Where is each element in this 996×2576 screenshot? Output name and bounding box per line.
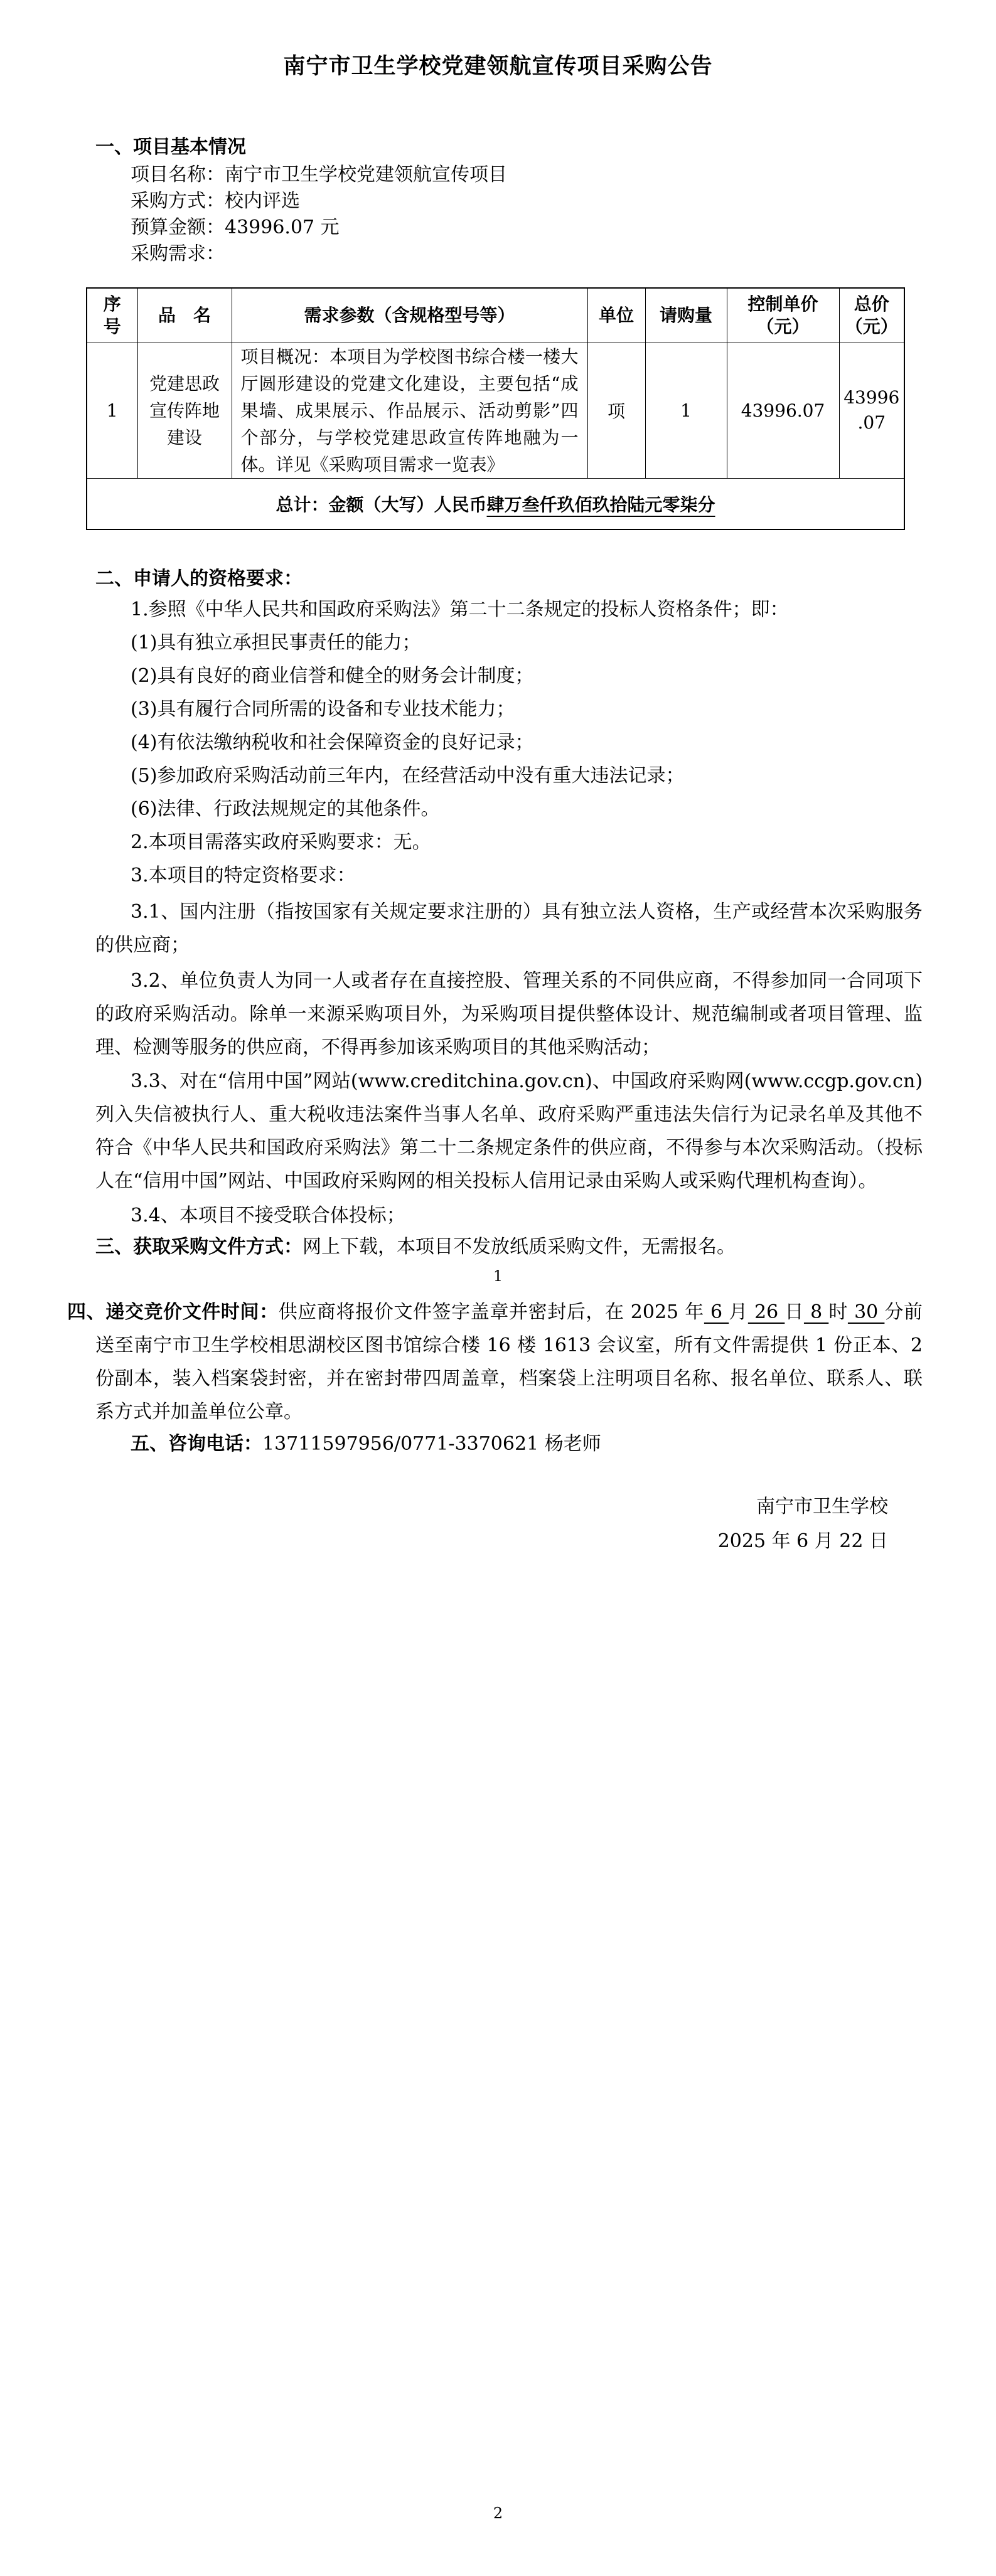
paragraph-3-2: 3.2、单位负责人为同一人或者存在直接控股、管理关系的不同供应商，不得参加同一合… bbox=[95, 964, 923, 1064]
section2-heading: 二、申请人的资格要求： bbox=[95, 567, 303, 592]
section4-before-year: 供应商将报价文件签字盖章并密封后，在 2025 年 bbox=[279, 1301, 704, 1323]
cell-unit: 项 bbox=[587, 343, 645, 478]
label-month: 月 bbox=[729, 1301, 748, 1323]
cell-spec: 项目概况：本项目为学校图书综合楼一楼大厅圆形建设的党建文化建设，主要包括“成果墙… bbox=[232, 343, 587, 478]
section1-heading: 一、项目基本情况 bbox=[95, 135, 246, 160]
total-label: 总计：金额（大写）人民币 bbox=[276, 494, 486, 515]
label-minute: 分 bbox=[884, 1301, 904, 1323]
label-hour: 时 bbox=[828, 1301, 848, 1323]
section3-text: 网上下载，本项目不发放纸质采购文件，无需报名。 bbox=[303, 1236, 736, 1258]
signature-organization: 南宁市卫生学校 bbox=[756, 1494, 888, 1520]
header-unit: 单位 bbox=[587, 288, 645, 343]
deadline-hour-blank: 8 bbox=[804, 1301, 828, 1323]
qualification-item: (3)具有履行合同所需的设备和专业技术能力； bbox=[131, 693, 789, 726]
deadline-month-blank: 6 bbox=[704, 1301, 729, 1323]
cell-seq: 1 bbox=[87, 343, 137, 478]
label-day: 日 bbox=[784, 1301, 804, 1323]
qualification-item: 3.本项目的特定资格要求： bbox=[131, 859, 789, 892]
paragraph-3-3: 3.3、对在“信用中国”网站(www.creditchina.gov.cn)、中… bbox=[95, 1065, 923, 1198]
section5-line: 五、咨询电话：13711597956/0771-3370621 杨老师 bbox=[95, 1427, 923, 1461]
deadline-minute-blank: 30 bbox=[848, 1301, 884, 1323]
procurement-method-line: 采购方式：校内评选 bbox=[131, 188, 507, 215]
qualification-item: (5)参加政府采购活动前三年内，在经营活动中没有重大违法记录； bbox=[131, 759, 789, 792]
header-seq: 序号 bbox=[87, 288, 137, 343]
header-unit-price: 控制单价（元） bbox=[727, 288, 839, 343]
header-item-name: 品 名 bbox=[137, 288, 232, 343]
section5-heading: 五、咨询电话： bbox=[131, 1433, 262, 1455]
section4-heading: 四、递交竞价文件时间： bbox=[67, 1301, 279, 1323]
cell-unit-price: 43996.07 bbox=[727, 343, 839, 478]
procurement-items-table: 序号 品 名 需求参数（含规格型号等） 单位 请购量 控制单价（元） 总价（元）… bbox=[86, 287, 905, 530]
table-row: 1 党建思政宣传阵地建设 项目概况：本项目为学校图书综合楼一楼大厅圆形建设的党建… bbox=[87, 343, 904, 478]
section4-paragraph: 四、递交竞价文件时间：供应商将报价文件签字盖章并密封后，在 2025 年 6 月… bbox=[95, 1296, 923, 1429]
page1-number: 1 bbox=[0, 1267, 996, 1285]
table-header-row: 序号 品 名 需求参数（含规格型号等） 单位 请购量 控制单价（元） 总价（元） bbox=[87, 288, 904, 343]
header-qty: 请购量 bbox=[645, 288, 727, 343]
qualification-items: 1.参照《中华人民共和国政府采购法》第二十二条规定的投标人资格条件；即： (1)… bbox=[131, 593, 789, 892]
page2-number: 2 bbox=[0, 2504, 996, 2522]
contact-phone-text: 13711597956/0771-3370621 杨老师 bbox=[262, 1433, 601, 1455]
qualification-item: (4)有依法缴纳税收和社会保障资金的良好记录； bbox=[131, 726, 789, 759]
section3-line: 三、获取采购文件方式：网上下载，本项目不发放纸质采购文件，无需报名。 bbox=[95, 1230, 923, 1264]
qualification-item: 1.参照《中华人民共和国政府采购法》第二十二条规定的投标人资格条件；即： bbox=[131, 593, 789, 626]
document-title: 南宁市卫生学校党建领航宣传项目采购公告 bbox=[0, 49, 996, 80]
paragraph-3-4: 3.4、本项目不接受联合体投标； bbox=[95, 1199, 923, 1232]
procurement-demand-line: 采购需求： bbox=[131, 241, 507, 267]
cell-total-price: 43996.07 bbox=[839, 343, 904, 478]
section3-heading: 三、获取采购文件方式： bbox=[95, 1236, 303, 1258]
qualification-item: (2)具有良好的商业信誉和健全的财务会计制度； bbox=[131, 659, 789, 693]
document-page: 南宁市卫生学校党建领航宣传项目采购公告 一、项目基本情况 项目名称：南宁市卫生学… bbox=[0, 0, 996, 2576]
cell-qty: 1 bbox=[645, 343, 727, 478]
qualification-item: (6)法律、行政法规规定的其他条件。 bbox=[131, 792, 789, 826]
qualification-item: 2.本项目需落实政府采购要求：无。 bbox=[131, 826, 789, 859]
header-spec: 需求参数（含规格型号等） bbox=[232, 288, 587, 343]
budget-amount-line: 预算金额：43996.07 元 bbox=[131, 215, 507, 241]
qualification-item: (1)具有独立承担民事责任的能力； bbox=[131, 626, 789, 659]
project-name-line: 项目名称：南宁市卫生学校党建领航宣传项目 bbox=[131, 162, 507, 188]
header-total-price: 总价（元） bbox=[839, 288, 904, 343]
total-amount-cell: 总计：金额（大写）人民币肆万叁仟玖佰玖拾陆元零柒分 bbox=[87, 478, 904, 530]
cell-item-name: 党建思政宣传阵地建设 bbox=[137, 343, 232, 478]
deadline-day-blank: 26 bbox=[748, 1301, 784, 1323]
signature-date: 2025 年 6 月 22 日 bbox=[718, 1529, 888, 1554]
table-total-row: 总计：金额（大写）人民币肆万叁仟玖佰玖拾陆元零柒分 bbox=[87, 478, 904, 530]
total-amount-in-words: 肆万叁仟玖佰玖拾陆元零柒分 bbox=[487, 494, 715, 515]
section1-basic-info: 项目名称：南宁市卫生学校党建领航宣传项目 采购方式：校内评选 预算金额：4399… bbox=[131, 162, 507, 267]
paragraph-3-1: 3.1、国内注册（指按国家有关规定要求注册的）具有独立法人资格，生产或经营本次采… bbox=[95, 895, 923, 962]
